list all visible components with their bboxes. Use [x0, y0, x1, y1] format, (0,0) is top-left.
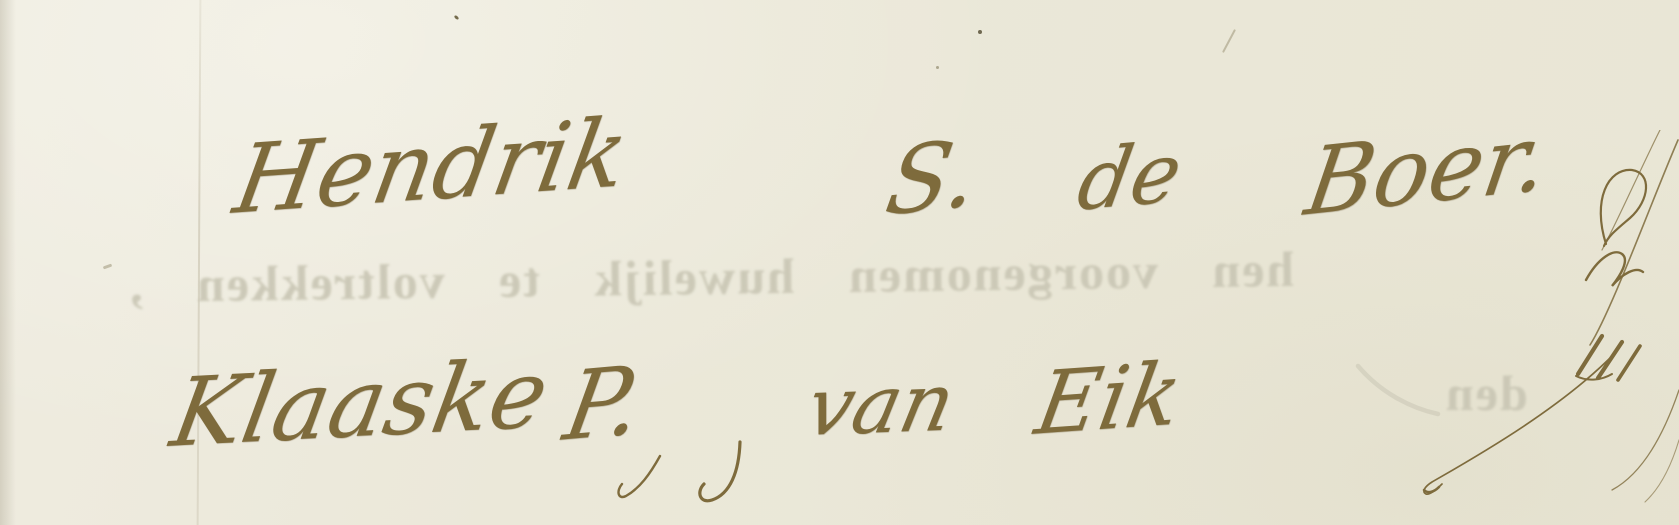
- signature-line1-patronymic-initial: S.: [880, 126, 985, 230]
- bleedthrough-printed-line: hen voorgenomen huwelijk te voltrekken ,: [128, 244, 1295, 310]
- faint-paper-mark: [103, 264, 112, 270]
- signature-line2-patronymic-initial: P.: [558, 354, 649, 456]
- signature-line1-name-prefix: de: [1072, 132, 1187, 224]
- page-edge-shadow: [0, 0, 16, 525]
- bleedthrough-printed-word: den: [1444, 368, 1528, 418]
- ink-speck: [936, 66, 939, 69]
- signature-line1-first-name: Hendrik: [228, 106, 634, 229]
- ink-speck: [454, 15, 460, 21]
- signature-line2-first-name: Klaaske: [165, 347, 554, 462]
- signature-line2-surname: Eik: [1030, 351, 1187, 448]
- signature-line2-name-prefix: van: [800, 362, 961, 448]
- signature-line1-surname: Boer.: [1300, 111, 1554, 230]
- manuscript-page: hen voorgenomen huwelijk te voltrekken ,…: [0, 0, 1679, 525]
- paper-fiber-scratch: [1222, 29, 1236, 53]
- ink-speck: [978, 30, 982, 34]
